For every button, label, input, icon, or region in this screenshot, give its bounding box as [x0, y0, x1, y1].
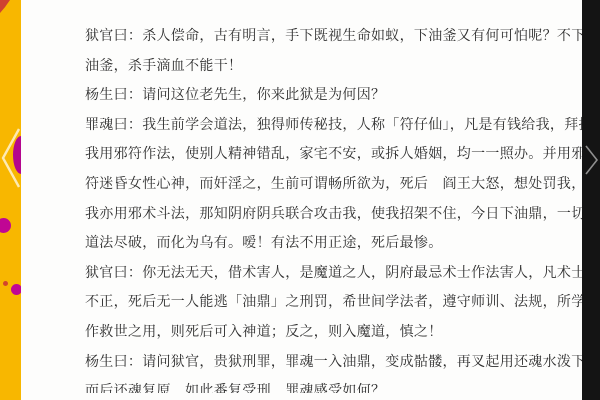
text-line: 油釜，杀手滴血不能干！: [85, 52, 583, 82]
page: { "document": { "lines": [ "狱官曰：杀人偿命，古有明…: [0, 0, 600, 400]
text-line: 不正，死后无一人能逃「油鼎」之刑罚，希世间学法者，遵守师训、法规，所学: [85, 288, 583, 318]
text-line: 作救世之用，则死后可入神道；反之，则入魔道，慎之！: [85, 318, 583, 348]
text-line: 而后还魂复原，如此番复受刑，罪魂感受如何？: [85, 377, 583, 393]
text-line: 符迷昏女性心神，而奸淫之，生前可谓畅所欲为，死后 阎王大怒，想处罚我，: [85, 170, 583, 200]
magenta-dot: [11, 284, 21, 295]
text-line: 杨生曰：请问狱官，贵狱刑罪，罪魂一入油鼎，变成骷髅，再叉起用还魂水泼下，: [85, 348, 583, 378]
text-line: 狱官曰：你无法无天，借术害人，是魔道之人，阴府最忌术士作法害人，凡术士: [85, 259, 583, 289]
document-text: 狱官曰：杀人偿命，古有明言，手下既视生命如蚁，下油釜又有何可怕呢？不下 油釜，杀…: [85, 22, 583, 393]
right-decor-bar: [582, 0, 600, 400]
text-line: 狱官曰：杀人偿命，古有明言，手下既视生命如蚁，下油釜又有何可怕呢？不下: [85, 22, 583, 52]
text-line: 杨生曰：请问这位老先生，你来此狱是为何因？: [85, 81, 583, 111]
text-line: 道法尽破，而化为乌有。嗳！有法不用正途，死后最惨。: [85, 229, 583, 259]
text-line: 我用邪符作法，使别人精神错乱，家宅不安，或拆人婚姻，均一一照办。并用邪: [85, 140, 583, 170]
left-decor-bar: [0, 0, 21, 400]
red-dot: [3, 281, 8, 286]
magenta-dot: [0, 218, 11, 233]
text-line: 我亦用邪术斗法，那知阴府阴兵联合攻击我，使我招架不住，今日下油鼎，一切: [85, 200, 583, 230]
corner-red-shape: [0, 0, 10, 13]
text-line: 罪魂曰：我生前学会道法，独得师传秘技，人称「符仔仙」，凡是有钱给我，拜托: [85, 111, 583, 141]
chevron-right-icon[interactable]: [584, 144, 599, 176]
